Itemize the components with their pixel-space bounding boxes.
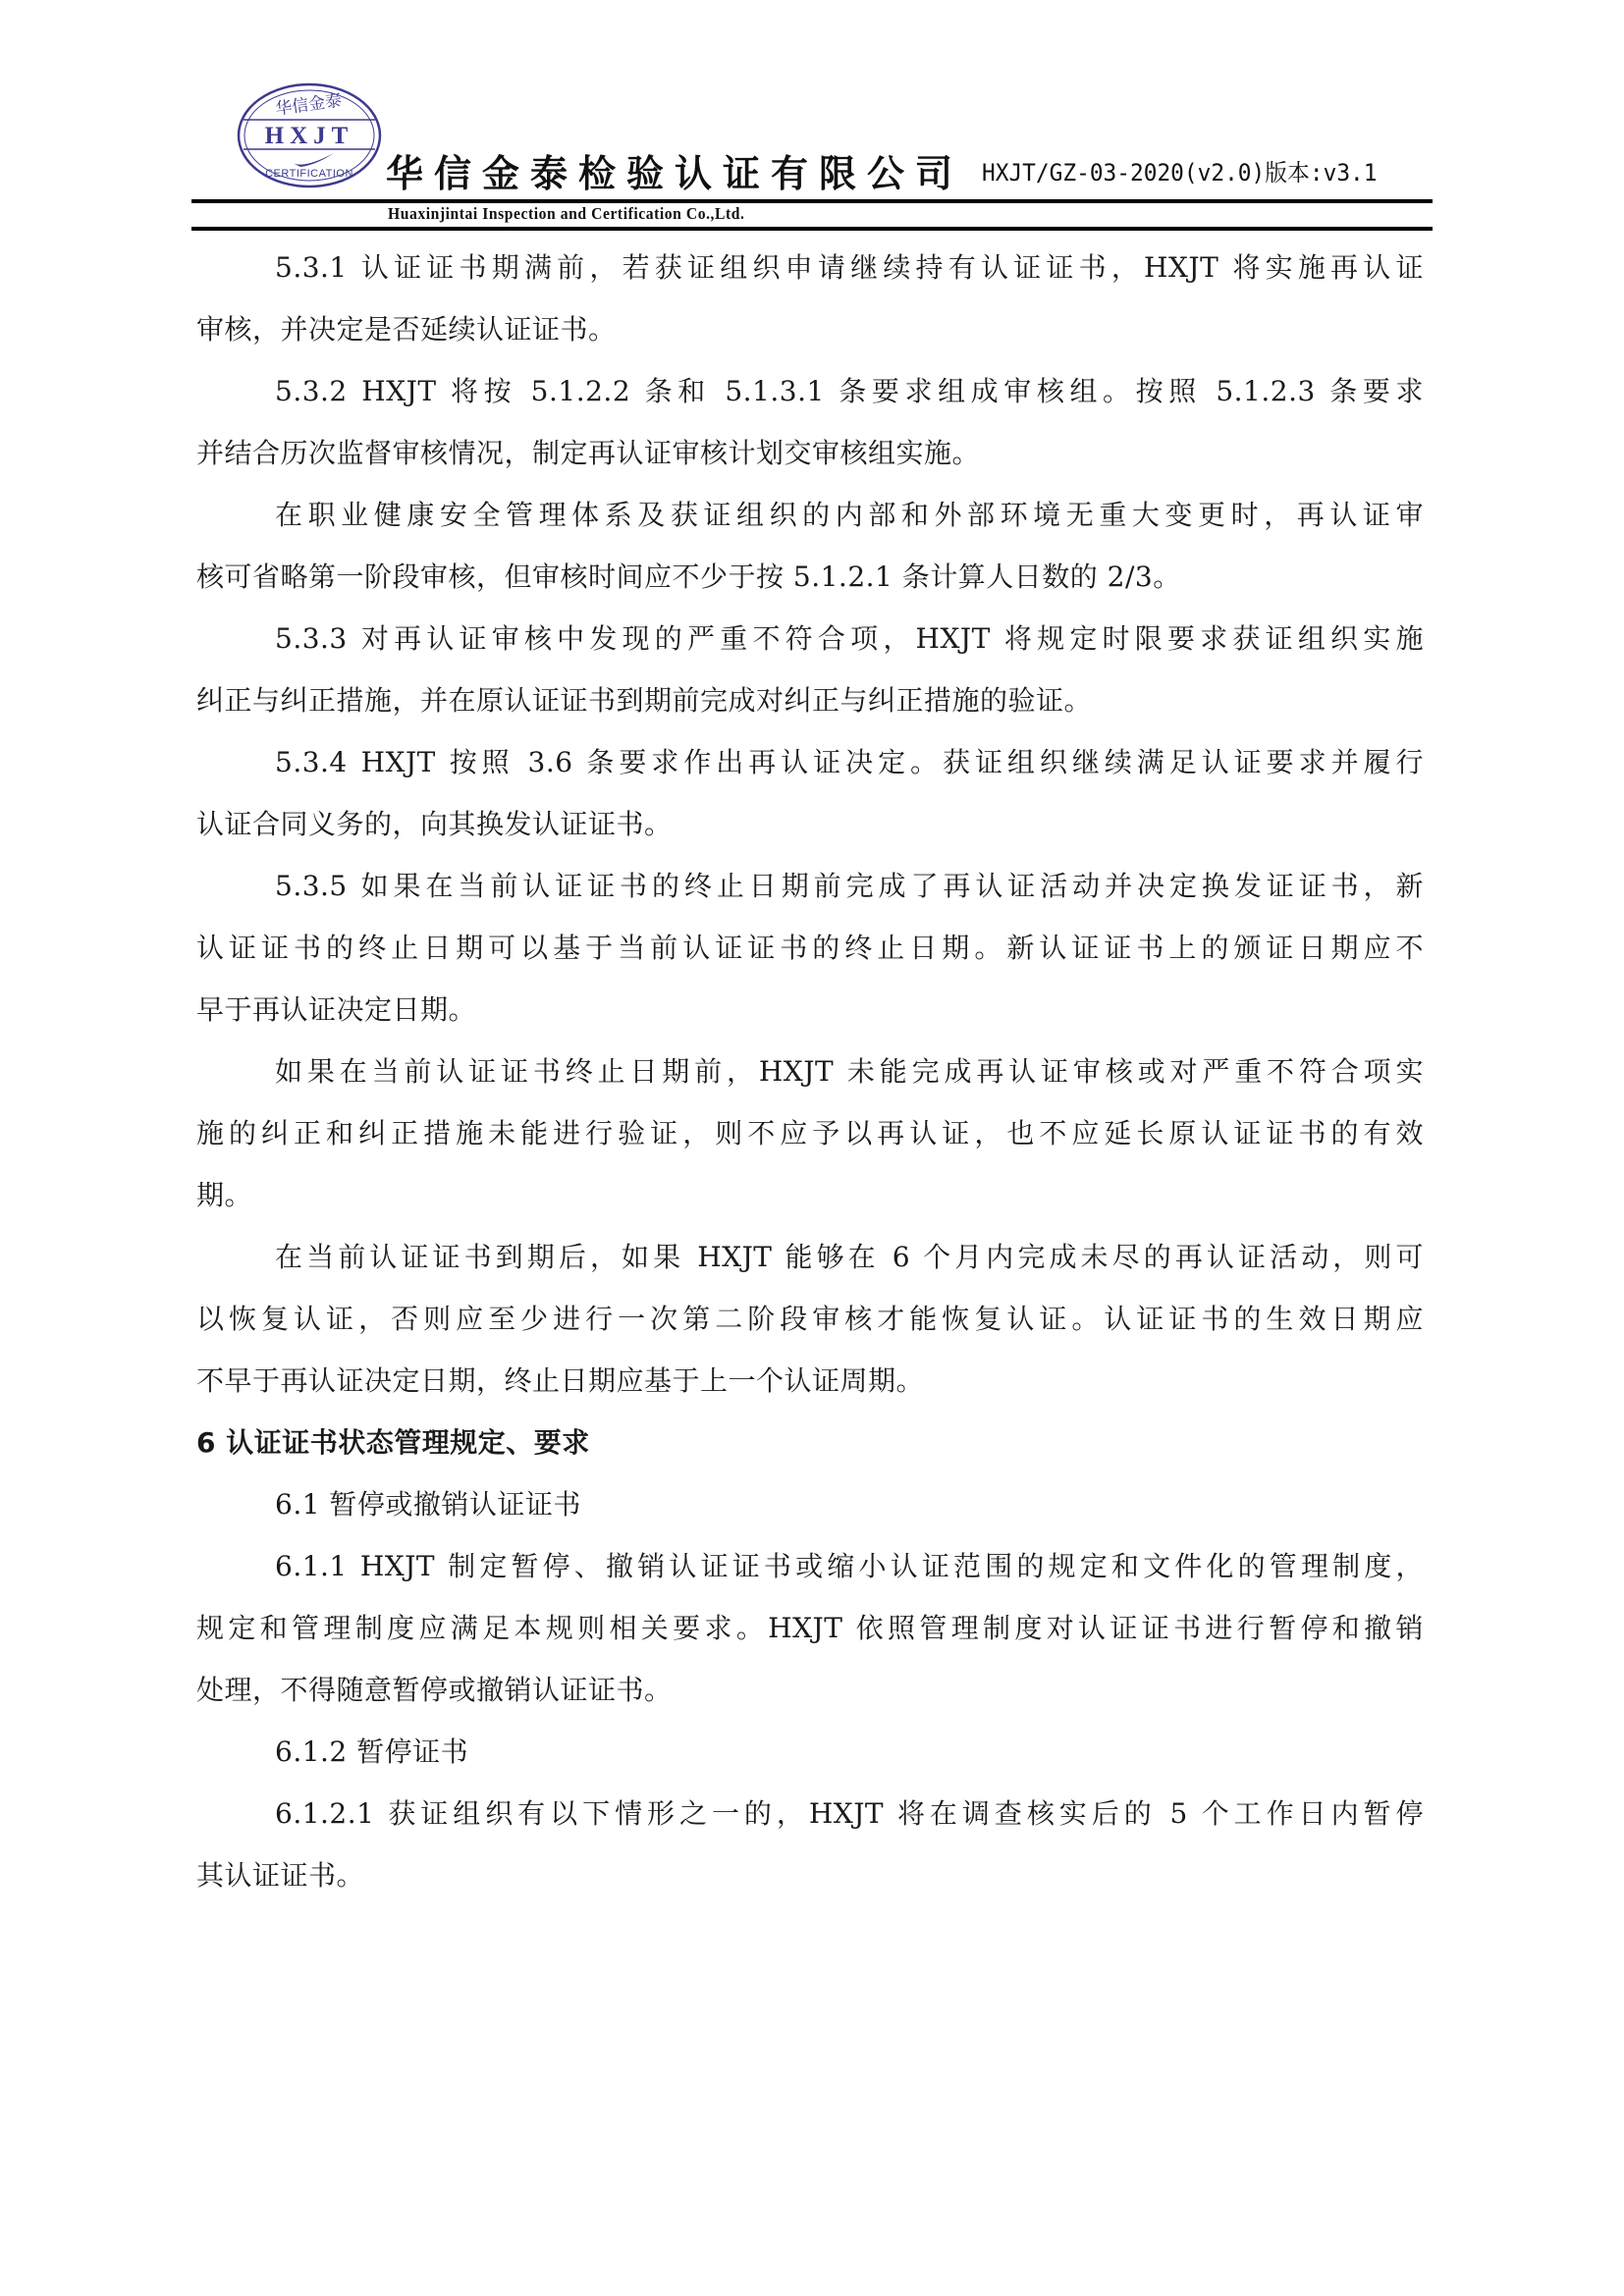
- text-line: 认证证书的终止日期可以基于当前认证证书的终止日期。新认证证书上的颁证日期应不: [196, 926, 1424, 988]
- company-name-en: Huaxinjintai Inspection and Certificatio…: [388, 203, 1201, 225]
- text-line: 早于再认证决定日期。: [196, 988, 1424, 1049]
- text-line: 不早于再认证决定日期，终止日期应基于上一个认证周期。: [196, 1359, 1424, 1420]
- hxjt-logo-icon: 华信金泰 HXJT CERTIFICATION: [236, 80, 383, 190]
- text-line: 5.3.2 HXJT 将按 5.1.2.2 条和 5.1.3.1 条要求组成审核…: [196, 369, 1424, 431]
- text-line: 5.3.5 如果在当前认证证书的终止日期前完成了再认证活动并决定换发证证书，新: [196, 864, 1424, 926]
- text-line: 5.3.1 认证证书期满前，若获证组织申请继续持有认证证书，HXJT 将实施再认…: [196, 245, 1424, 307]
- text-line: 如果在当前认证证书终止日期前，HXJT 未能完成再认证审核或对严重不符合项实: [196, 1049, 1424, 1111]
- text-line: 并结合历次监督审核情况，制定再认证审核计划交审核组实施。: [196, 431, 1424, 493]
- text-line: 纠正与纠正措施，并在原认证证书到期前完成对纠正与纠正措施的验证。: [196, 678, 1424, 740]
- text-line: 其认证证书。: [196, 1853, 1424, 1915]
- text-line: 5.3.3 对再认证审核中发现的严重不符合项，HXJT 将规定时限要求获证组织实…: [196, 616, 1424, 678]
- document-page: 华信金泰 HXJT CERTIFICATION 华信金泰检验认证有限公司 HXJ…: [0, 0, 1624, 2296]
- header-rule-bottom: [191, 227, 1433, 231]
- svg-text:HXJT: HXJT: [265, 123, 354, 149]
- section-heading: 6 认证证书状态管理规定、要求: [196, 1420, 1424, 1482]
- text-line: 6.1.1 HXJT 制定暂停、撤销认证证书或缩小认证范围的规定和文件化的管理制…: [196, 1544, 1424, 1606]
- subsection-title: 6.1.2 暂停证书: [196, 1730, 1424, 1791]
- document-version: HXJT/GZ-03-2020(v2.0)版本:v3.1: [982, 157, 1378, 188]
- text-line: 审核，并决定是否延续认证证书。: [196, 307, 1424, 369]
- text-line: 5.3.4 HXJT 按照 3.6 条要求作出再认证决定。获证组织继续满足认证要…: [196, 740, 1424, 802]
- document-body: 5.3.1 认证证书期满前，若获证组织申请继续持有认证证书，HXJT 将实施再认…: [196, 245, 1424, 1915]
- text-line: 规定和管理制度应满足本规则相关要求。HXJT 依照管理制度对认证证书进行暂停和撤…: [196, 1606, 1424, 1668]
- svg-text:CERTIFICATION: CERTIFICATION: [265, 168, 353, 180]
- subsection-title: 6.1 暂停或撤销认证证书: [196, 1482, 1424, 1544]
- text-line: 施的纠正和纠正措施未能进行验证，则不应予以再认证，也不应延长原认证证书的有效: [196, 1111, 1424, 1173]
- text-line: 6.1.2.1 获证组织有以下情形之一的，HXJT 将在调查核实后的 5 个工作…: [196, 1791, 1424, 1853]
- company-name-cn: 华信金泰检验认证有限公司: [386, 149, 963, 198]
- svg-text:华信金泰: 华信金泰: [274, 90, 343, 119]
- text-line: 以恢复认证，否则应至少进行一次第二阶段审核才能恢复认证。认证证书的生效日期应: [196, 1297, 1424, 1359]
- text-line: 在职业健康安全管理体系及获证组织的内部和外部环境无重大变更时，再认证审: [196, 493, 1424, 555]
- text-line: 处理，不得随意暂停或撤销认证证书。: [196, 1668, 1424, 1730]
- text-line: 期。: [196, 1173, 1424, 1235]
- text-line: 在当前认证证书到期后，如果 HXJT 能够在 6 个月内完成未尽的再认证活动，则…: [196, 1235, 1424, 1297]
- text-line: 认证合同义务的，向其换发认证证书。: [196, 802, 1424, 864]
- text-line: 核可省略第一阶段审核，但审核时间应不少于按 5.1.2.1 条计算人日数的 2/…: [196, 555, 1424, 616]
